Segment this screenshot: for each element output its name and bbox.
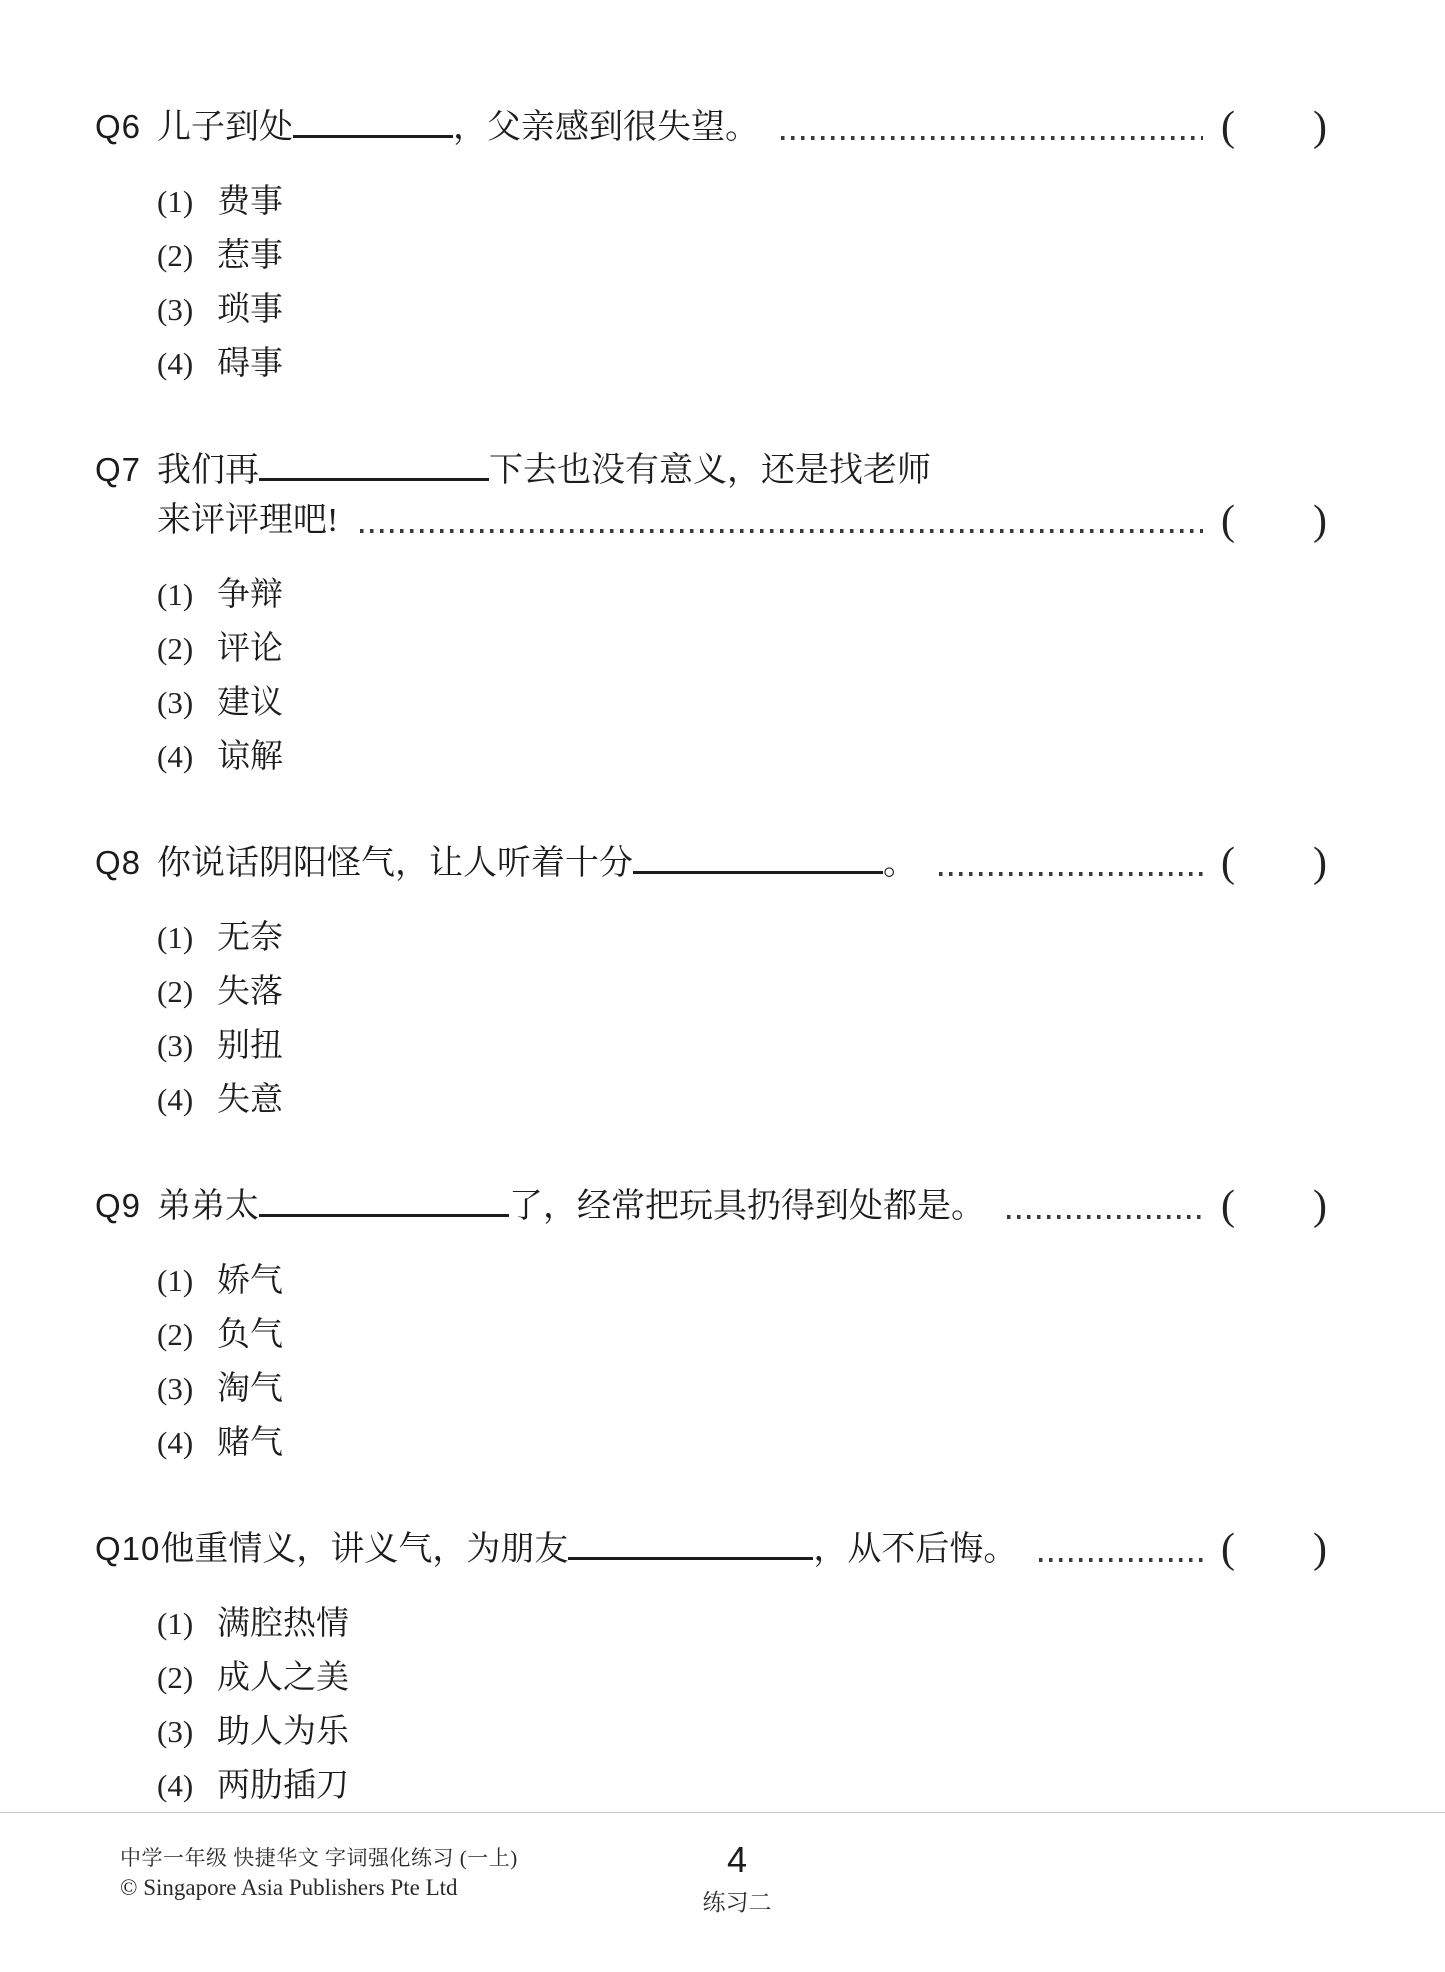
option-number: (2): [157, 1308, 217, 1361]
question-row: Q7 我们再下去也没有意义，还是找老师: [95, 447, 1327, 494]
option-row[interactable]: (2)惹事: [157, 229, 1327, 283]
question-sentence: 弟弟太了，经常把玩具扔得到处都是。: [157, 1183, 985, 1230]
option-row[interactable]: (1)满腔热情: [157, 1597, 1327, 1651]
open-paren: (: [1221, 498, 1235, 544]
dotted-leader: [939, 872, 1203, 876]
option-text: 负气: [217, 1309, 283, 1362]
fill-in-blank[interactable]: [259, 447, 489, 481]
option-number: (4): [157, 337, 217, 390]
option-text: 失意: [217, 1074, 283, 1127]
worksheet-page: Q6 儿子到处，父亲感到很失望。 () (1)费事 (2)惹事 (3)琐事 (4…: [0, 0, 1445, 1972]
option-number: (3): [157, 1362, 217, 1415]
option-text: 两肋插刀: [217, 1760, 349, 1813]
sentence-pre-blank: 我们再: [157, 452, 259, 489]
footer-page-info: 4 练习二: [703, 1840, 772, 1917]
question-block-q10: Q10 他重情义，讲义气，为朋友，从不后悔。 () (1)满腔热情 (2)成人之…: [95, 1526, 1327, 1813]
option-row[interactable]: (4)赌气: [157, 1416, 1327, 1470]
option-number: (4): [157, 1759, 217, 1812]
question-row: Q9 弟弟太了，经常把玩具扔得到处都是。 (): [95, 1183, 1327, 1230]
open-paren: (: [1221, 1526, 1235, 1572]
option-row[interactable]: (4)碍事: [157, 337, 1327, 391]
option-text: 争辩: [217, 569, 283, 622]
option-text: 建议: [217, 677, 283, 730]
option-row[interactable]: (3)琐事: [157, 283, 1327, 337]
option-text: 惹事: [217, 230, 283, 283]
answer-brackets[interactable]: (): [1221, 498, 1327, 544]
option-row[interactable]: (2)评论: [157, 622, 1327, 676]
footer-divider: [0, 1812, 1445, 1813]
option-text: 琐事: [217, 284, 283, 337]
footer-copyright: © Singapore Asia Publishers Pte Ltd: [120, 1873, 518, 1903]
option-row[interactable]: (2)成人之美: [157, 1651, 1327, 1705]
sentence-post-blank: ，父亲感到很失望。: [453, 109, 759, 146]
close-paren: ): [1313, 104, 1327, 150]
question-sentence: 你说话阴阳怪气，让人听着十分。: [157, 840, 917, 887]
sentence-pre-blank: 儿子到处: [157, 109, 293, 146]
fill-in-blank[interactable]: [259, 1183, 509, 1217]
question-block-q6: Q6 儿子到处，父亲感到很失望。 () (1)费事 (2)惹事 (3)琐事 (4…: [95, 104, 1327, 391]
question-sentence: 儿子到处，父亲感到很失望。: [157, 104, 759, 151]
close-paren: ): [1313, 1526, 1327, 1572]
question-sentence: 他重情义，讲义气，为朋友，从不后悔。: [160, 1526, 1017, 1573]
open-paren: (: [1221, 840, 1235, 886]
option-row[interactable]: (1)费事: [157, 175, 1327, 229]
answer-brackets[interactable]: (): [1221, 104, 1327, 150]
question-block-q8: Q8 你说话阴阳怪气，让人听着十分。 () (1)无奈 (2)失落 (3)别扭 …: [95, 840, 1327, 1127]
question-block-q7: Q7 我们再下去也没有意义，还是找老师 来评评理吧! () (1)争辩 (2)评…: [95, 447, 1327, 784]
option-text: 满腔热情: [217, 1598, 349, 1651]
option-number: (2): [157, 229, 217, 282]
option-text: 淘气: [217, 1363, 283, 1416]
option-number: (2): [157, 1651, 217, 1704]
question-sentence: 我们再下去也没有意义，还是找老师: [157, 447, 931, 494]
close-paren: ): [1313, 840, 1327, 886]
question-number: Q8: [95, 840, 157, 886]
option-number: (1): [157, 568, 217, 621]
sentence-pre-blank: 弟弟太: [157, 1188, 259, 1225]
open-paren: (: [1221, 1183, 1235, 1229]
option-number: (3): [157, 676, 217, 729]
question-sentence-line2: 来评评理吧!: [157, 498, 338, 544]
option-row[interactable]: (1)娇气: [157, 1254, 1327, 1308]
close-paren: ): [1313, 1183, 1327, 1229]
option-number: (1): [157, 1597, 217, 1650]
option-row[interactable]: (3)淘气: [157, 1362, 1327, 1416]
sentence-pre-blank: 他重情义，讲义气，为朋友: [160, 1531, 568, 1568]
options-list: (1)满腔热情 (2)成人之美 (3)助人为乐 (4)两肋插刀: [157, 1597, 1327, 1813]
question-row-continuation: 来评评理吧! (): [95, 498, 1327, 544]
option-text: 成人之美: [217, 1652, 349, 1705]
question-row: Q6 儿子到处，父亲感到很失望。 (): [95, 104, 1327, 151]
close-paren: ): [1313, 498, 1327, 544]
option-number: (1): [157, 1254, 217, 1307]
option-text: 赌气: [217, 1417, 283, 1470]
questions-area: Q6 儿子到处，父亲感到很失望。 () (1)费事 (2)惹事 (3)琐事 (4…: [95, 104, 1327, 1869]
option-row[interactable]: (4)失意: [157, 1073, 1327, 1127]
option-number: (1): [157, 911, 217, 964]
option-text: 谅解: [217, 731, 283, 784]
option-number: (3): [157, 1019, 217, 1072]
option-number: (2): [157, 965, 217, 1018]
option-row[interactable]: (2)失落: [157, 965, 1327, 1019]
question-number: Q6: [95, 104, 157, 150]
question-number: Q9: [95, 1183, 157, 1229]
sentence-post-blank: 。: [883, 845, 917, 882]
option-text: 碍事: [217, 338, 283, 391]
option-row[interactable]: (3)建议: [157, 676, 1327, 730]
option-number: (4): [157, 1073, 217, 1126]
question-block-q9: Q9 弟弟太了，经常把玩具扔得到处都是。 () (1)娇气 (2)负气 (3)淘…: [95, 1183, 1327, 1470]
option-number: (3): [157, 283, 217, 336]
option-row[interactable]: (1)争辩: [157, 568, 1327, 622]
question-number: Q7: [95, 447, 157, 493]
option-number: (3): [157, 1705, 217, 1758]
option-number: (1): [157, 175, 217, 228]
dotted-leader: [1007, 1215, 1203, 1219]
option-row[interactable]: (2)负气: [157, 1308, 1327, 1362]
option-text: 别扭: [217, 1020, 283, 1073]
sentence-pre-blank: 你说话阴阳怪气，让人听着十分: [157, 845, 633, 882]
footer-publisher-info: 中学一年级 快捷华文 字词强化练习 (一上) © Singapore Asia …: [120, 1843, 518, 1903]
options-list: (1)娇气 (2)负气 (3)淘气 (4)赌气: [157, 1254, 1327, 1470]
option-text: 娇气: [217, 1255, 283, 1308]
option-number: (4): [157, 730, 217, 783]
options-list: (1)费事 (2)惹事 (3)琐事 (4)碍事: [157, 175, 1327, 391]
question-number: Q10: [95, 1526, 160, 1572]
answer-brackets[interactable]: (): [1221, 1183, 1327, 1229]
option-text: 无奈: [217, 912, 283, 965]
dotted-leader: [360, 529, 1203, 533]
option-number: (4): [157, 1416, 217, 1469]
option-text: 助人为乐: [217, 1706, 349, 1759]
options-list: (1)无奈 (2)失落 (3)别扭 (4)失意: [157, 911, 1327, 1127]
options-list: (1)争辩 (2)评论 (3)建议 (4)谅解: [157, 568, 1327, 784]
dotted-leader: [1039, 1558, 1203, 1562]
option-row[interactable]: (1)无奈: [157, 911, 1327, 965]
page-number: 4: [703, 1840, 772, 1880]
answer-brackets[interactable]: (): [1221, 840, 1327, 886]
fill-in-blank[interactable]: [568, 1526, 813, 1560]
dotted-leader: [781, 136, 1203, 140]
footer-exercise-label: 练习二: [703, 1884, 772, 1917]
fill-in-blank[interactable]: [633, 840, 883, 874]
option-row[interactable]: (4)两肋插刀: [157, 1759, 1327, 1813]
option-row[interactable]: (4)谅解: [157, 730, 1327, 784]
question-row: Q8 你说话阴阳怪气，让人听着十分。 (): [95, 840, 1327, 887]
sentence-post-blank: 了，经常把玩具扔得到处都是。: [509, 1188, 985, 1225]
option-text: 评论: [217, 623, 283, 676]
answer-brackets[interactable]: (): [1221, 1526, 1327, 1572]
option-number: (2): [157, 622, 217, 675]
option-text: 费事: [217, 176, 283, 229]
sentence-post-blank: 下去也没有意义，还是找老师: [489, 452, 931, 489]
option-text: 失落: [217, 966, 283, 1019]
open-paren: (: [1221, 104, 1235, 150]
option-row[interactable]: (3)别扭: [157, 1019, 1327, 1073]
option-row[interactable]: (3)助人为乐: [157, 1705, 1327, 1759]
fill-in-blank[interactable]: [293, 104, 453, 138]
sentence-post-blank: ，从不后悔。: [813, 1531, 1017, 1568]
question-row: Q10 他重情义，讲义气，为朋友，从不后悔。 (): [95, 1526, 1327, 1573]
footer-book-title: 中学一年级 快捷华文 字词强化练习 (一上): [120, 1843, 518, 1873]
